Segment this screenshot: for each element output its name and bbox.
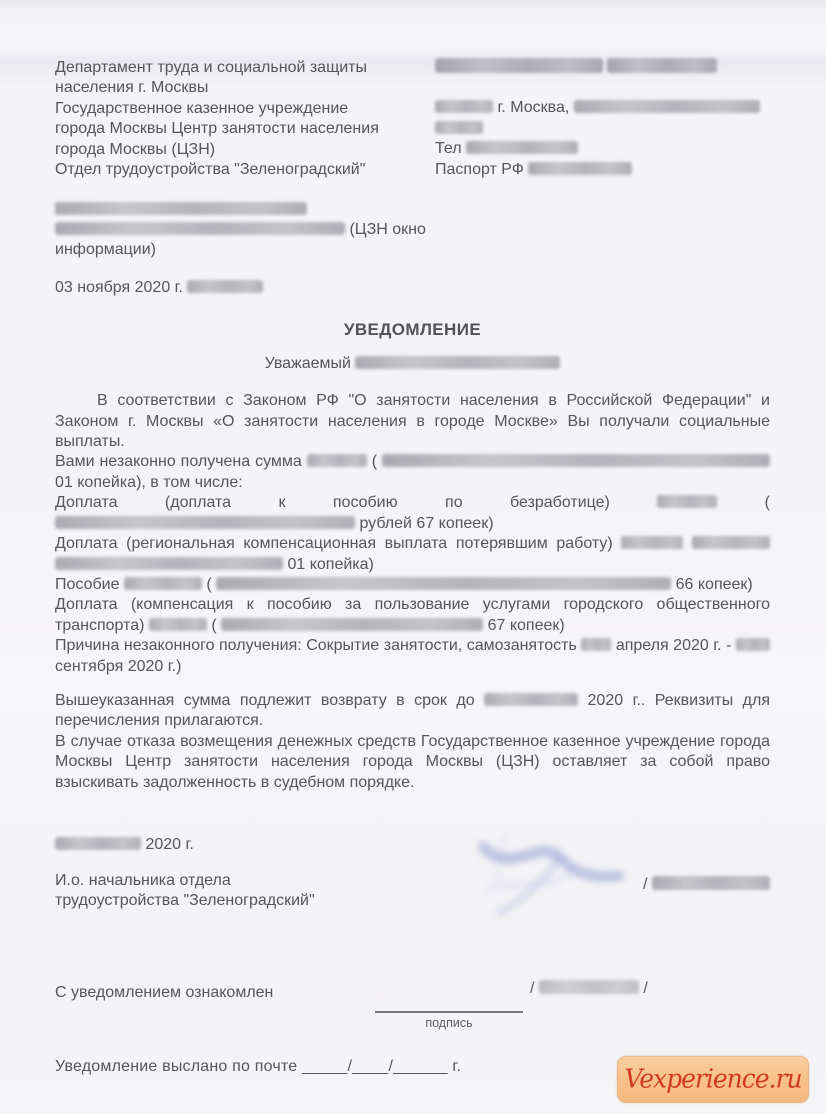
signature-caption: подпись xyxy=(425,1016,472,1030)
redacted-acknowledger-name xyxy=(539,980,639,994)
paragraph-refusal: В случае отказа возмещения денежных сред… xyxy=(55,732,770,793)
recipient-name-line xyxy=(435,58,770,78)
sender-line: Департамент труда и социальной защиты xyxy=(55,58,435,78)
sender-line: Отдел трудоустройства "Зеленоградский" xyxy=(55,160,435,180)
redacted-amount xyxy=(307,454,367,467)
paren: ( xyxy=(211,617,216,634)
sender-line: города Москвы (ЦЗН) xyxy=(55,140,435,160)
document-page: Департамент труда и социальной защиты на… xyxy=(0,0,826,1114)
reason-tail: сентября 2020 г.) xyxy=(55,658,181,675)
redacted-amount xyxy=(657,495,717,508)
header: Департамент труда и социальной защиты на… xyxy=(55,58,770,180)
redacted-amount-words xyxy=(692,536,770,549)
officer-title-line: трудоустройства "Зеленоградский" xyxy=(55,891,315,911)
redacted-case-line xyxy=(55,202,307,215)
paragraph-supplement-unemployment: Доплата (доплата к пособию по безработиц… xyxy=(55,493,770,534)
redacted-date xyxy=(55,837,141,850)
paragraph-intro: В соответствии с Законом РФ "О занятости… xyxy=(55,391,770,452)
officer-title-line: И.о. начальника отдела xyxy=(55,871,315,891)
redacted-patronymic xyxy=(607,58,717,73)
redacted-name xyxy=(435,58,603,73)
slash: / xyxy=(530,980,534,997)
passport-label: Паспорт РФ xyxy=(435,161,524,178)
redacted-day xyxy=(736,638,770,651)
supplement-tail: 01 копейка) xyxy=(287,556,373,573)
recipient-address-line: г. Москва, xyxy=(435,98,770,118)
redacted-street xyxy=(574,100,760,113)
signature-date-suffix: 2020 г. xyxy=(145,836,193,853)
paren: ( xyxy=(206,576,211,593)
paragraph-repayment: Вышеуказанная сумма подлежит возврату в … xyxy=(55,691,770,732)
supplement-tail: рублей 67 копеек) xyxy=(359,515,493,532)
body-text: В соответствии с Законом РФ "О занятости… xyxy=(55,391,770,793)
sender-line: населения г. Москвы xyxy=(55,78,435,98)
slash: / xyxy=(643,980,647,997)
benefit-tail: 66 копеек) xyxy=(676,576,753,593)
redacted-amount-words xyxy=(216,577,671,590)
paragraph-supplement-regional: Доплата (региональная компенсационная вы… xyxy=(55,534,770,575)
watermark-logo: Vexperience.ru xyxy=(617,1056,809,1103)
issuer-note: (ЦЗН окно информации) xyxy=(55,200,770,260)
acknowledgement-signature: / / xyxy=(530,979,648,999)
redacted-amount-words xyxy=(221,618,483,631)
total-sum-tail: 01 копейка), в том числе: xyxy=(55,474,243,491)
spacer xyxy=(435,78,770,98)
redacted-amount xyxy=(149,618,207,631)
redacted-amount-words xyxy=(55,516,355,529)
supplement-text: Доплата (региональная компенсационная вы… xyxy=(55,535,613,552)
notification-title: УВЕДОМЛЕНИЕ xyxy=(55,319,770,341)
supplement-text: Доплата (доплата к пособию по безработиц… xyxy=(55,494,610,511)
signature-date-line: 2020 г. xyxy=(55,835,194,855)
paragraph-benefit: Пособие ( 66 копеек) xyxy=(55,575,770,595)
issuer-note-suffix: (ЦЗН окно xyxy=(349,221,425,238)
sender-block: Департамент труда и социальной защиты на… xyxy=(55,58,435,180)
signature-underline xyxy=(375,977,523,1013)
total-sum-text: Вами незаконно получена сумма xyxy=(55,453,302,470)
recipient-phone-line: Тел xyxy=(435,139,770,159)
acknowledgement-row: С уведомлением ознакомлен подпись / / xyxy=(55,977,770,1035)
salutation-line: Уважаемый xyxy=(55,354,770,374)
supplement-tail: 67 копеек) xyxy=(488,617,565,634)
recipient-city: г. Москва, xyxy=(497,99,569,116)
signature-line: подпись xyxy=(375,977,523,1033)
reason-text: Причина незаконного получения: Сокрытие … xyxy=(55,637,577,654)
paragraph-supplement-transport: Доплата (компенсация к пособию за пользо… xyxy=(55,595,770,636)
redacted-amount xyxy=(621,536,683,549)
redacted-phone-number xyxy=(466,141,578,154)
watermark-text: Vexperience.ru xyxy=(624,1069,801,1090)
redacted-amount xyxy=(124,577,202,590)
phone-label: Тел xyxy=(435,140,462,157)
paragraph-reason: Причина незаконного получения: Сокрытие … xyxy=(55,636,770,677)
redacted-day xyxy=(581,638,611,651)
recipient-address-line2 xyxy=(435,119,770,139)
benefit-text: Пособие xyxy=(55,576,119,593)
sender-line: города Москвы Центр занятости населения xyxy=(55,119,435,139)
signature-section: 2020 г. И.о. начальника отдела трудоустр… xyxy=(55,835,770,953)
recipient-passport-line: Паспорт РФ xyxy=(435,160,770,180)
issuer-note-line2: информации) xyxy=(55,240,770,260)
paren: ( xyxy=(765,494,770,511)
document-date: 03 ноября 2020 г. xyxy=(55,278,770,298)
signature-scribble xyxy=(455,813,655,931)
acknowledgement-label: С уведомлением ознакомлен xyxy=(55,983,273,1003)
redacted-addressee-name xyxy=(355,356,560,369)
redacted-amount-words xyxy=(382,454,770,467)
paragraph-total-sum: Вами незаконно получена сумма ( 01 копей… xyxy=(55,452,770,493)
redacted-postcode xyxy=(435,100,493,113)
redacted-passport-number xyxy=(528,162,632,175)
redacted-case-line xyxy=(55,222,345,235)
redacted-deadline-date xyxy=(484,693,578,706)
salutation-text: Уважаемый xyxy=(265,355,351,372)
signature-name: / xyxy=(643,875,770,895)
redacted-apartment xyxy=(435,121,483,134)
reason-mid: апреля 2020 г. - xyxy=(616,637,732,654)
paren: ( xyxy=(372,453,377,470)
sender-line: Государственное казенное учреждение xyxy=(55,99,435,119)
redacted-amount-words xyxy=(55,557,283,570)
redacted-document-number xyxy=(187,280,263,293)
repayment-text: Вышеуказанная сумма подлежит возврату в … xyxy=(55,692,475,709)
officer-title: И.о. начальника отдела трудоустройства "… xyxy=(55,871,315,912)
slash: / xyxy=(643,876,647,893)
recipient-block: г. Москва, Тел Паспорт РФ xyxy=(435,58,770,180)
date-text: 03 ноября 2020 г. xyxy=(55,279,183,296)
redacted-officer-name xyxy=(652,876,770,890)
